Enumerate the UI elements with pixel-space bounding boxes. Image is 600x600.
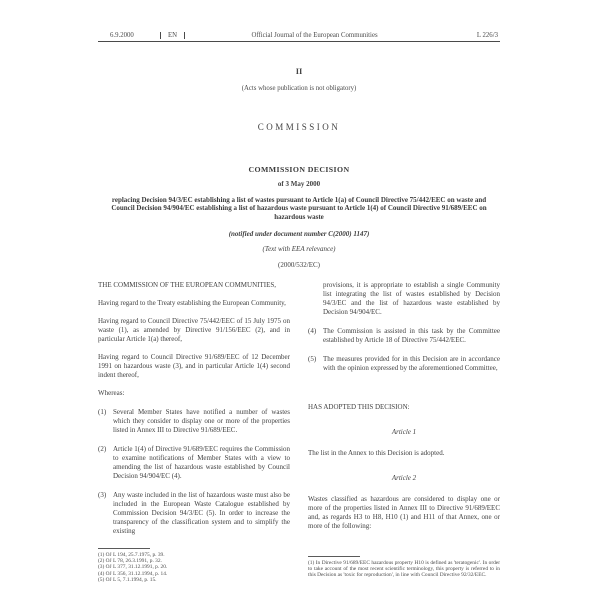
- article-2-heading: Article 2: [308, 474, 500, 483]
- recital-5: (5) The measures provided for in this De…: [308, 355, 500, 373]
- page-content: 6.9.2000 EN Official Journal of the Euro…: [98, 0, 500, 578]
- recital-4: (4) The Commission is assisted in this t…: [308, 327, 500, 345]
- article-2-text: Wastes classified as hazardous are consi…: [308, 495, 500, 531]
- journal-header: 6.9.2000 EN Official Journal of the Euro…: [98, 32, 500, 42]
- section-note: (Acts whose publication is not obligator…: [98, 85, 500, 92]
- recital-number: (3): [98, 491, 113, 536]
- recital-number: (1): [98, 408, 113, 435]
- article-1-text: The list in the Annex to this Decision i…: [308, 449, 500, 458]
- recital-3: (3) Any waste included in the list of ha…: [98, 491, 290, 536]
- recital-2: (2) Article 1(4) of Directive 91/689/EEC…: [98, 445, 290, 481]
- decision-notified-line: (notified under document number C(2000) …: [98, 230, 500, 238]
- recital-text: The Commission is assisted in this task …: [323, 327, 500, 345]
- recital-number: (5): [308, 355, 323, 373]
- enacting-formula: HAS ADOPTED THIS DECISION:: [308, 403, 500, 412]
- recital-number: (4): [308, 327, 323, 345]
- right-column: provisions, it is appropriate to establi…: [308, 281, 500, 578]
- recital-number: (2): [98, 445, 113, 481]
- having-regard-directive-75-442: Having regard to Council Directive 75/44…: [98, 317, 290, 344]
- footnote-rule: [308, 556, 360, 557]
- recital-text: Article 1(4) of Directive 91/689/EEC req…: [113, 445, 290, 481]
- document-page: 6.9.2000 EN Official Journal of the Euro…: [0, 0, 600, 600]
- recital-text: Any waste included in the list of hazard…: [113, 491, 290, 536]
- body-columns: THE COMMISSION OF THE EUROPEAN COMMUNITI…: [98, 281, 500, 578]
- article-1-heading: Article 1: [308, 428, 500, 437]
- having-regard-treaty: Having regard to the Treaty establishing…: [98, 299, 290, 308]
- journal-title: Official Journal of the European Communi…: [191, 32, 438, 39]
- decision-eea-line: (Text with EEA relevance): [98, 245, 500, 253]
- left-column: THE COMMISSION OF THE EUROPEAN COMMUNITI…: [98, 281, 290, 578]
- whereas-label: Whereas:: [98, 389, 290, 398]
- having-regard-directive-91-689: Having regard to Council Directive 91/68…: [98, 353, 290, 380]
- header-page-number: L 226/3: [438, 32, 500, 39]
- footnote-line: (1) In Directive 91/689/EEC hazardous pr…: [308, 560, 500, 578]
- footnote-line: (5) OJ L 5, 7.1.1994, p. 15.: [98, 577, 290, 583]
- institution-heading: COMMISSION: [98, 122, 500, 132]
- language-code: EN: [160, 32, 185, 39]
- recital-3-continuation: provisions, it is appropriate to establi…: [308, 281, 500, 317]
- left-footnotes: (1) OJ L 194, 25.7.1975, p. 39. (2) OJ L…: [98, 546, 290, 582]
- decision-heading: COMMISSION DECISION: [98, 165, 500, 174]
- section-marker: II: [98, 66, 500, 76]
- commission-opening-line: THE COMMISSION OF THE EUROPEAN COMMUNITI…: [98, 281, 290, 290]
- recital-1: (1) Several Member States have notified …: [98, 408, 290, 435]
- decision-number: (2000/532/EC): [98, 261, 500, 269]
- decision-subject: replacing Decision 94/3/EC establishing …: [98, 196, 500, 221]
- recital-text: Several Member States have notified a nu…: [113, 408, 290, 435]
- decision-date-line: of 3 May 2000: [98, 180, 500, 188]
- footnote-rule: [98, 548, 150, 549]
- header-date: 6.9.2000: [98, 32, 160, 39]
- right-footnotes: (1) In Directive 91/689/EEC hazardous pr…: [308, 554, 500, 578]
- recital-text: The measures provided for in this Decisi…: [323, 355, 500, 373]
